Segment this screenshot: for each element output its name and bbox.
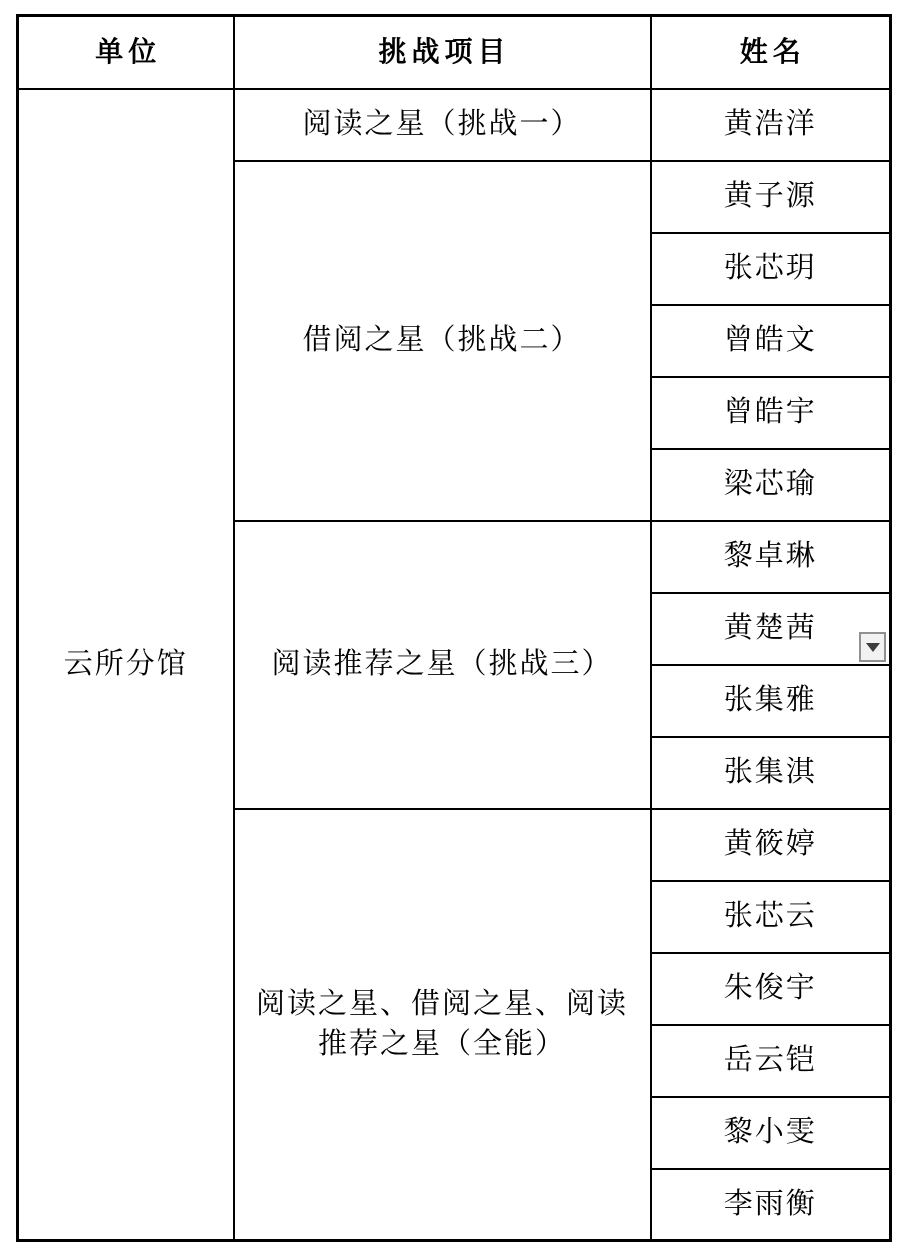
unit-cell: 云所分馆 — [18, 89, 234, 1241]
name-cell: 朱俊宇 — [651, 953, 891, 1025]
project-label: 借阅之星（挑战二） — [302, 320, 581, 361]
chevron-down-icon — [866, 643, 880, 652]
table-row: 云所分馆 阅读之星（挑战一） 黄浩洋 — [18, 89, 891, 161]
header-name: 姓名 — [651, 16, 891, 89]
name-cell: 李雨衡 — [651, 1169, 891, 1241]
name-cell: 黎小雯 — [651, 1097, 891, 1169]
header-project: 挑战项目 — [234, 16, 651, 89]
project-cell-challenge-1: 阅读之星（挑战一） — [234, 89, 651, 161]
name-cell: 曾皓宇 — [651, 377, 891, 449]
project-cell-challenge-3: 阅读推荐之星（挑战三） — [234, 521, 651, 809]
page: 单位 挑战项目 姓名 云所分馆 阅读之星（挑战一） 黄浩洋 借阅之星（挑战二） … — [0, 0, 906, 1256]
name-cell: 张芯云 — [651, 881, 891, 953]
dropdown-arrow-button[interactable] — [859, 632, 886, 662]
awards-table: 单位 挑战项目 姓名 云所分馆 阅读之星（挑战一） 黄浩洋 借阅之星（挑战二） … — [16, 14, 892, 1242]
project-label: 阅读之星（挑战一） — [302, 104, 581, 145]
name-cell: 张集雅 — [651, 665, 891, 737]
name-cell: 曾皓文 — [651, 305, 891, 377]
name-cell: 黄楚茜 — [651, 593, 891, 665]
name-cell: 黄子源 — [651, 161, 891, 233]
name-cell: 张芯玥 — [651, 233, 891, 305]
name-cell: 黎卓琳 — [651, 521, 891, 593]
project-label: 阅读之星、借阅之星、阅读推荐之星（全能） — [250, 984, 635, 1065]
name-cell: 黄筱婷 — [651, 809, 891, 881]
header-unit: 单位 — [18, 16, 234, 89]
project-cell-all-round: 阅读之星、借阅之星、阅读推荐之星（全能） — [234, 809, 651, 1241]
project-cell-challenge-2: 借阅之星（挑战二） — [234, 161, 651, 521]
name-cell: 梁芯瑜 — [651, 449, 891, 521]
name-cell: 岳云铠 — [651, 1025, 891, 1097]
unit-label: 云所分馆 — [64, 644, 188, 685]
name-cell: 黄浩洋 — [651, 89, 891, 161]
name-cell: 张集淇 — [651, 737, 891, 809]
header-row: 单位 挑战项目 姓名 — [18, 16, 891, 89]
project-label: 阅读推荐之星（挑战三） — [271, 644, 612, 685]
